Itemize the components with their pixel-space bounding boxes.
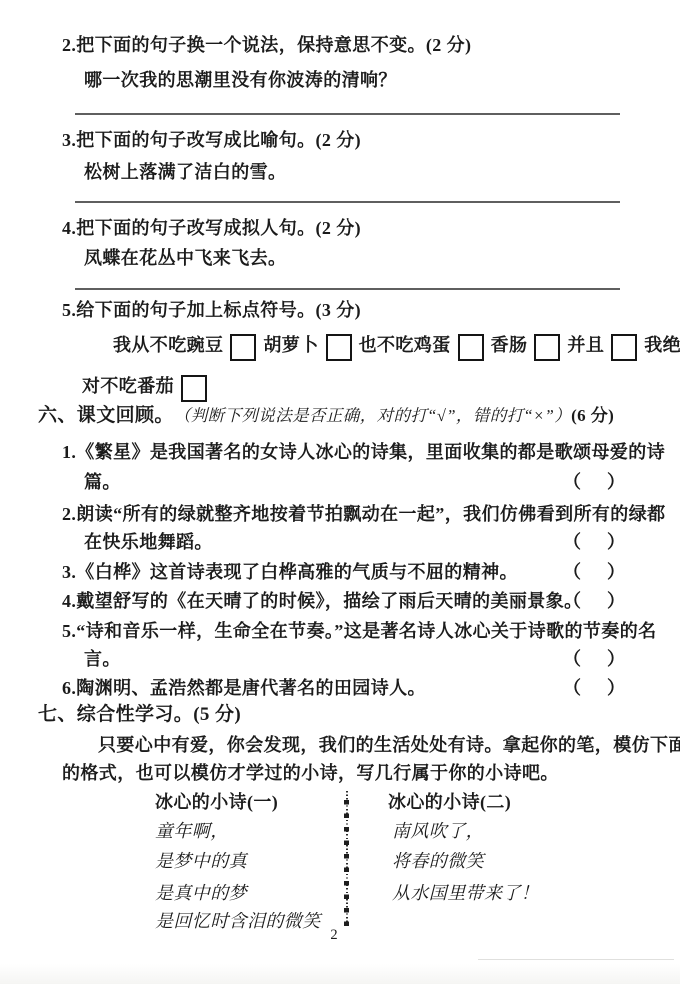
paren-open: （ (563, 646, 581, 672)
paren-open: （ (563, 469, 581, 495)
paren-close: ） (607, 559, 625, 585)
paren-open: （ (563, 588, 581, 614)
punctuation-box (458, 334, 484, 361)
answer-parens: （） (563, 469, 625, 495)
sentence-segment: 对不吃番茄 (82, 373, 174, 399)
question-3-sentence: 松树上落满了洁白的雪。 (84, 159, 286, 185)
judge-item-line: 5.“诗和音乐一样，生命全在节奏。”这是著名诗人冰心关于诗歌的节奏的名 (62, 618, 657, 644)
exam-page: 2.把下面的句子换一个说法，保持意思不变。(2 分) 哪一次我的思潮里没有你波涛… (0, 0, 680, 984)
poem-line: 从水国里带来了！ (392, 880, 539, 906)
paren-close: ） (607, 588, 625, 614)
judge-item-line: 在快乐地舞蹈。 (84, 529, 213, 555)
answer-parens: （） (563, 529, 625, 555)
answer-parens: （） (563, 588, 625, 614)
question-4-sentence: 凤蝶在花丛中飞来飞去。 (84, 245, 286, 271)
section-6-heading: 六、课文回顾。（判断下列说法是否正确，对的打“√”，错的打“×”）(6 分) (38, 403, 614, 429)
sentence-segment: 我绝 (644, 332, 680, 358)
scan-shadow-line (478, 959, 674, 960)
poem-divider-beads (344, 791, 349, 928)
punctuation-box (230, 334, 256, 361)
answer-underline (75, 288, 620, 290)
answer-parens: （） (563, 559, 625, 585)
answer-underline (75, 201, 620, 203)
poem-line: 南风吹了， (392, 818, 484, 844)
question-3-title: 3.把下面的句子改写成比喻句。(2 分) (62, 127, 361, 153)
instruction-paragraph-line: 的格式，也可以模仿才学过的小诗，写几行属于你的小诗吧。 (62, 760, 559, 786)
punctuation-box (181, 375, 207, 402)
paren-open: （ (563, 559, 581, 585)
judge-item-line: 2.朗读“所有的绿就整齐地按着节拍飘动在一起”，我们仿佛看到所有的绿都 (62, 501, 666, 527)
punctuation-box (534, 334, 560, 361)
instruction-paragraph-line: 只要心中有爱，你会发现，我们的生活处处有诗。拿起你的笔，模仿下面 (98, 732, 680, 758)
poem-line: 将春的微笑 (392, 848, 484, 874)
sentence-segment: 我从不吃豌豆 (113, 332, 223, 358)
sentence-segment: 香肠 (491, 332, 528, 358)
sentence-segment: 胡萝卜 (263, 332, 318, 358)
page-number: 2 (322, 927, 346, 944)
question-4-title: 4.把下面的句子改写成拟人句。(2 分) (62, 215, 361, 241)
section-heading-score: (6 分) (571, 403, 614, 429)
punctuation-box (326, 334, 352, 361)
judge-item-line: 3.《白桦》这首诗表现了白桦高雅的气质与不屈的精神。 (62, 559, 518, 585)
paren-close: ） (607, 529, 625, 555)
paren-close: ） (607, 646, 625, 672)
paren-open: （ (563, 675, 581, 701)
poem-line: 是真中的梦 (155, 880, 247, 906)
question-2-title: 2.把下面的句子换一个说法，保持意思不变。(2 分) (62, 32, 471, 58)
poem-1-title: 冰心的小诗(一) (155, 789, 278, 815)
poem-2-title: 冰心的小诗(二) (388, 789, 511, 815)
paren-open: （ (563, 529, 581, 555)
scan-bottom-shadow (0, 964, 680, 984)
question-2-sentence: 哪一次我的思潮里没有你波涛的清响？ (84, 67, 397, 93)
judge-item-line: 4.戴望舒写的《在天晴了的时候》，描绘了雨后天晴的美丽景象。 (62, 588, 583, 614)
judge-item-line: 篇。 (84, 469, 121, 495)
question-5-title: 5.给下面的句子加上标点符号。(3 分) (62, 297, 361, 323)
paren-close: ） (607, 469, 625, 495)
judge-item-line: 言。 (84, 646, 121, 672)
punctuation-sentence-line2: 对不吃番茄 (82, 372, 207, 399)
answer-parens: （） (563, 675, 625, 701)
answer-parens: （） (563, 646, 625, 672)
sentence-segment: 也不吃鸡蛋 (359, 332, 451, 358)
section-7-heading: 七、综合性学习。(5 分) (38, 702, 241, 728)
poem-line: 是回忆时含泪的微笑 (155, 908, 321, 934)
answer-underline (75, 113, 620, 115)
punctuation-box (611, 334, 637, 361)
judge-item-line: 1.《繁星》是我国著名的女诗人冰心的诗集，里面收集的都是歌颂母爱的诗 (62, 439, 665, 465)
poem-line: 童年啊， (155, 818, 229, 844)
poem-line: 是梦中的真 (155, 848, 247, 874)
sentence-segment: 并且 (567, 332, 604, 358)
punctuation-sentence-line1: 我从不吃豌豆胡萝卜也不吃鸡蛋香肠并且我绝 (113, 331, 680, 358)
section-heading-note: （判断下列说法是否正确，对的打“√”，错的打“×”） (174, 403, 571, 429)
paren-close: ） (607, 675, 625, 701)
section-heading-text: 六、课文回顾。 (38, 403, 174, 429)
judge-item-line: 6.陶渊明、孟浩然都是唐代著名的田园诗人。 (62, 675, 426, 701)
